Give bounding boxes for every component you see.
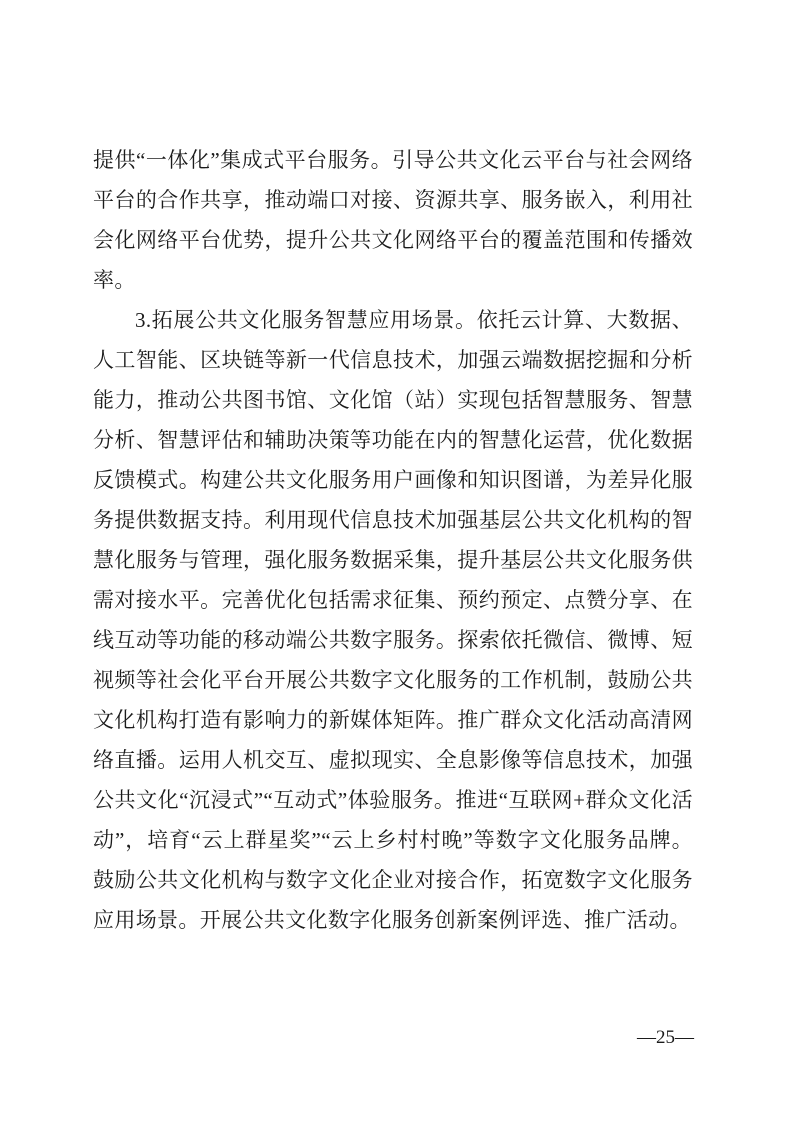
document-page: 提供“一体化”集成式平台服务。引导公共文化云平台与社会网络平台的合作共享，推动端… (0, 0, 793, 1122)
body-text: 提供“一体化”集成式平台服务。引导公共文化云平台与社会网络平台的合作共享，推动端… (93, 140, 693, 940)
paragraph-continuation: 提供“一体化”集成式平台服务。引导公共文化云平台与社会网络平台的合作共享，推动端… (93, 140, 693, 300)
page-number: —25— (637, 1026, 694, 1050)
paragraph-item-3: 3.拓展公共文化服务智慧应用场景。依托云计算、大数据、人工智能、区块链等新一代信… (93, 300, 693, 940)
